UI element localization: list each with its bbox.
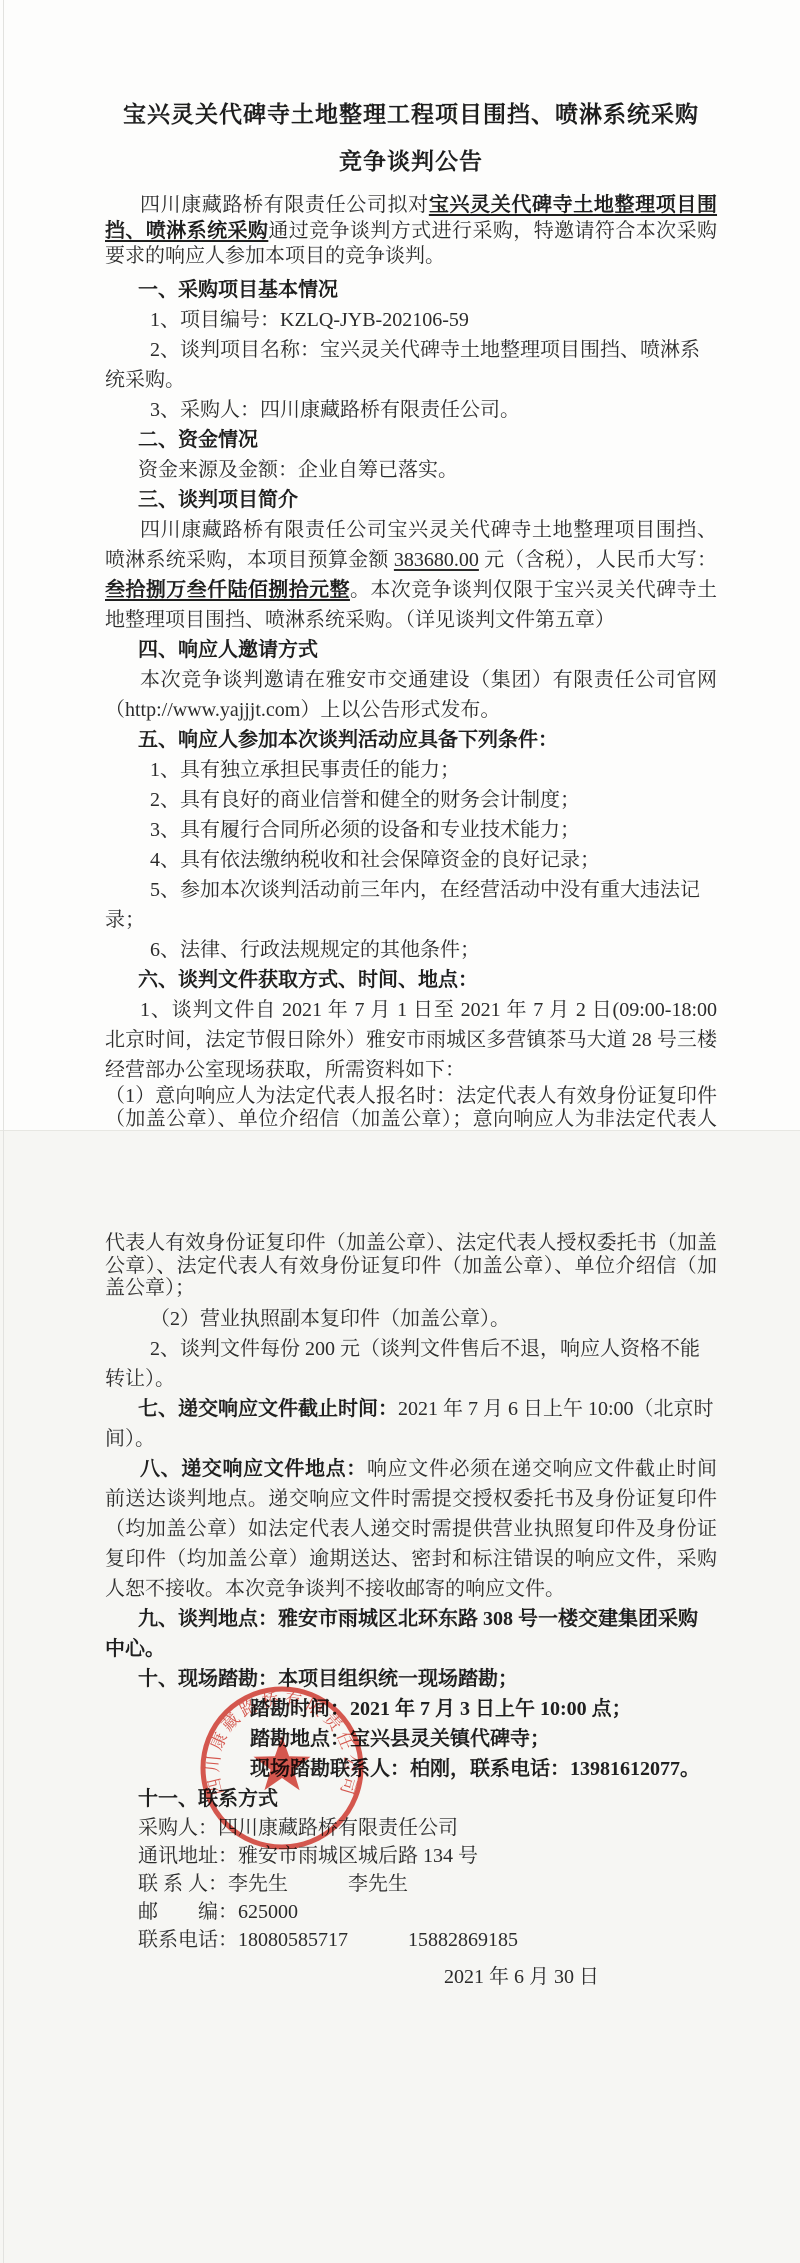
doc-line: 五、响应人参加本次谈判活动应具备下列条件： [105,725,717,755]
text-run: 二、资金情况 [138,429,258,451]
page-2-content: 代表人有效身份证复印件（加盖公章）、法定代表人授权委托书（加盖公章）、法定代表人… [0,1131,800,1992]
text-run: 5、参加本次谈判活动前三年内，在经营活动中没有重大违法记录； [105,879,700,931]
text-run: 2、谈判文件每份 200 元（谈判文件售后不退，响应人资格不能转让）。 [105,1338,700,1390]
text-run: 一、采购项目基本情况 [138,279,338,301]
text-run: 本次竞争谈判邀请在雅安市交通建设（集团）有限责任公司官网（http://www.… [105,669,717,721]
text-run: 383680.00 [394,549,479,571]
doc-line: 二、资金情况 [105,425,717,455]
text-run: 采购人：四川康藏路桥有限责任公司 [138,1817,458,1839]
text-run: 1、谈判文件自 2021 年 7 月 1 日至 2021 年 7 月 2 日(0… [105,999,717,1081]
text-run: 四川康藏路桥有限责任公司拟对 [140,194,429,216]
doc-line: 七、递交响应文件截止时间：2021 年 7 月 6 日上午 10:00（北京时间… [105,1394,717,1454]
text-run: 1、项目编号：KZLQ-JYB-202106-59 [150,309,469,331]
doc-line: 四、响应人邀请方式 [105,635,717,665]
text-run: 通讯地址：雅安市雨城区城后路 134 号 [138,1845,478,1867]
text-run: 3、具有履行合同所必须的设备和专业技术能力； [150,819,580,841]
doc-line: 采购人：四川康藏路桥有限责任公司 [105,1814,717,1842]
doc-line: 邮 编：625000 [105,1898,717,1926]
doc-line: 三、谈判项目简介 [105,485,717,515]
text-run: 踏勘地点：宝兴县灵关镇代碑寺； [250,1728,550,1750]
doc-line: 1、具有独立承担民事责任的能力； [105,755,717,785]
doc-line: 4、具有依法缴纳税收和社会保障资金的良好记录； [105,845,717,875]
text-run: （2）营业执照副本复印件（加盖公章）。 [150,1308,510,1330]
text-run: 联 系 人：李先生 李先生 [138,1873,408,1895]
doc-line: 6、法律、行政法规规定的其他条件； [105,935,717,965]
page-1: 宝兴灵关代碑寺土地整理工程项目围挡、喷淋系统采购 竞争谈判公告 四川康藏路桥有限… [0,0,800,1130]
text-run: 踏勘时间：2021 年 7 月 3 日上午 10:00 点； [250,1698,632,1720]
doc-line: （1）意向响应人为法定代表人报名时：法定代表人有效身份证复印件（加盖公章）、单位… [105,1085,717,1131]
page-2-body: 代表人有效身份证复印件（加盖公章）、法定代表人授权委托书（加盖公章）、法定代表人… [105,1232,717,1992]
scanned-document: { "document": { "title_line1": "宝兴灵关代碑寺土… [0,0,800,2263]
doc-line: 2、谈判文件每份 200 元（谈判文件售后不退，响应人资格不能转让）。 [105,1334,717,1394]
text-run: （1）意向响应人为法定代表人报名时：法定代表人有效身份证复印件（加盖公章）、单位… [105,1085,717,1131]
doc-line: 本次竞争谈判邀请在雅安市交通建设（集团）有限责任公司官网（http://www.… [105,665,717,725]
text-run: 叁拾捌万叁仟陆佰捌拾元整 [105,579,350,601]
doc-line: 十、现场踏勘：本项目组织统一现场踏勘； [105,1664,717,1694]
doc-line: 5、参加本次谈判活动前三年内，在经营活动中没有重大违法记录； [105,875,717,935]
doc-line: 资金来源及金额：企业自筹已落实。 [105,455,717,485]
doc-line: 四川康藏路桥有限责任公司宝兴灵关代碑寺土地整理项目围挡、喷淋系统采购，本项目预算… [105,515,717,635]
text-run: 6、法律、行政法规规定的其他条件； [150,939,480,961]
text-run: 3、采购人：四川康藏路桥有限责任公司。 [150,399,520,421]
text-run: 十一、联系方式 [138,1788,278,1810]
doc-line: 踏勘时间：2021 年 7 月 3 日上午 10:00 点； [250,1694,717,1724]
doc-line: 通讯地址：雅安市雨城区城后路 134 号 [105,1842,717,1870]
text-run: 2、谈判项目名称：宝兴灵关代碑寺土地整理项目围挡、喷淋系统采购。 [105,339,700,391]
doc-line: 现场踏勘联系人：柏刚，联系电话：13981612077。 [250,1754,717,1784]
doc-line: 十一、联系方式 [105,1784,717,1814]
doc-line: 1、谈判文件自 2021 年 7 月 1 日至 2021 年 7 月 2 日(0… [105,995,717,1085]
text-run: 2021 年 6 月 30 日 [444,1966,599,1988]
text-run: 三、谈判项目简介 [138,489,298,511]
text-run: 4、具有依法缴纳税收和社会保障资金的良好记录； [150,849,600,871]
doc-line: 一、采购项目基本情况 [105,275,717,305]
doc-line: 六、谈判文件获取方式、时间、地点： [105,965,717,995]
doc-line: 2、谈判项目名称：宝兴灵关代碑寺土地整理项目围挡、喷淋系统采购。 [105,335,717,395]
doc-line: 3、具有履行合同所必须的设备和专业技术能力； [105,815,717,845]
text-run: 四、响应人邀请方式 [138,639,318,661]
text-run: 现场踏勘联系人：柏刚，联系电话：13981612077。 [250,1758,700,1780]
page-1-content: 宝兴灵关代碑寺土地整理工程项目围挡、喷淋系统采购 竞争谈判公告 四川康藏路桥有限… [0,0,800,1130]
text-run: 联系电话：18080585717 15882869185 [138,1929,518,1951]
doc-line: 1、项目编号：KZLQ-JYB-202106-59 [105,305,717,335]
text-run: 资金来源及金额：企业自筹已落实。 [138,459,458,481]
doc-line: 联 系 人：李先生 李先生 [105,1870,717,1898]
doc-line: 3、采购人：四川康藏路桥有限责任公司。 [105,395,717,425]
text-run: 十、现场踏勘：本项目组织统一现场踏勘； [138,1668,518,1690]
text-run: 2、具有良好的商业信誉和健全的财务会计制度； [150,789,580,811]
text-run: 1、具有独立承担民事责任的能力； [150,759,460,781]
doc-line: 2021 年 6 月 30 日 [105,1962,717,1992]
document-title: 宝兴灵关代碑寺土地整理工程项目围挡、喷淋系统采购 [105,100,717,130]
document-subtitle: 竞争谈判公告 [105,147,717,177]
text-run: 八、递交响应文件地点： [140,1458,367,1480]
text-run: 代表人有效身份证复印件（加盖公章）、法定代表人授权委托书（加盖公章）、法定代表人… [105,1232,717,1299]
doc-line: 代表人有效身份证复印件（加盖公章）、法定代表人授权委托书（加盖公章）、法定代表人… [105,1232,717,1300]
text-run: 六、谈判文件获取方式、时间、地点： [138,969,478,991]
doc-line: 联系电话：18080585717 15882869185 [105,1926,717,1954]
doc-line: 八、递交响应文件地点：响应文件必须在递交响应文件截止时间前送达谈判地点。递交响应… [105,1454,717,1604]
page-2: 代表人有效身份证复印件（加盖公章）、法定代表人授权委托书（加盖公章）、法定代表人… [0,1130,800,2263]
doc-line: 2、具有良好的商业信誉和健全的财务会计制度； [105,785,717,815]
text-run: 邮 编：625000 [138,1901,298,1923]
text-run: 五、响应人参加本次谈判活动应具备下列条件： [138,729,558,751]
text-run: 九、谈判地点：雅安市雨城区北环东路 308 号一楼交建集团采购中心。 [105,1608,698,1660]
doc-line: 踏勘地点：宝兴县灵关镇代碑寺； [250,1724,717,1754]
text-run: 元（含税），人民币大写： [479,549,717,571]
doc-line: （2）营业执照副本复印件（加盖公章）。 [105,1304,717,1334]
doc-line: 四川康藏路桥有限责任公司拟对宝兴灵关代碑寺土地整理项目围挡、喷淋系统采购通过竞争… [105,193,717,270]
page-1-body: 四川康藏路桥有限责任公司拟对宝兴灵关代碑寺土地整理项目围挡、喷淋系统采购通过竞争… [105,193,717,1130]
text-run: 七、递交响应文件截止时间： [138,1398,398,1420]
doc-line: 九、谈判地点：雅安市雨城区北环东路 308 号一楼交建集团采购中心。 [105,1604,717,1664]
